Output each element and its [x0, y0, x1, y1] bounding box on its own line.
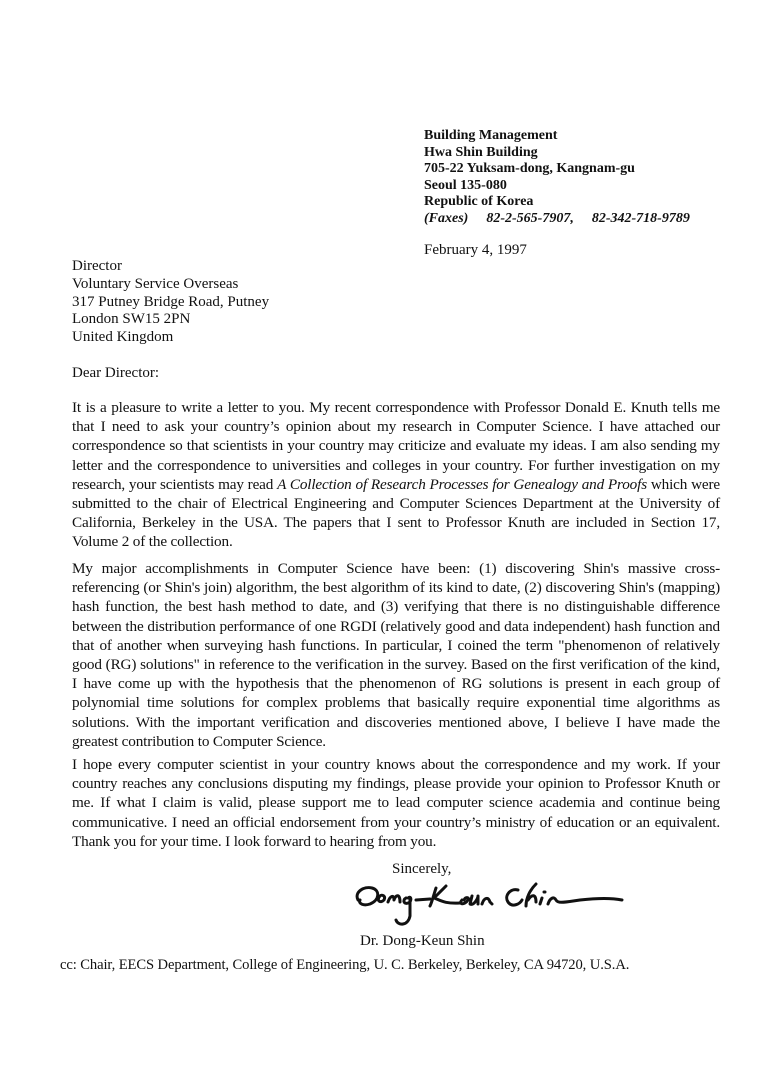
sender-line: 705-22 Yuksam-dong, Kangnam-gu — [424, 161, 690, 178]
letter-date: February 4, 1997 — [424, 241, 527, 259]
body-paragraph-2: My major accomplishments in Computer Sci… — [72, 559, 720, 751]
sender-address-block: Building Management Hwa Shin Building 70… — [424, 128, 690, 228]
recipient-line: United Kingdom — [72, 329, 269, 347]
sender-line: Seoul 135-080 — [424, 178, 690, 195]
letter-page: Building Management Hwa Shin Building 70… — [0, 0, 760, 1089]
recipient-line: London SW15 2PN — [72, 311, 269, 329]
sender-line: Hwa Shin Building — [424, 145, 690, 162]
fax-number: 82-342-718-9789 — [592, 211, 690, 226]
salutation: Dear Director: — [72, 364, 159, 382]
cc-line: cc: Chair, EECS Department, College of E… — [60, 956, 629, 974]
recipient-address-block: Director Voluntary Service Overseas 317 … — [72, 258, 269, 347]
closing: Sincerely, — [392, 860, 451, 878]
recipient-line: Director — [72, 258, 269, 276]
recipient-line: Voluntary Service Overseas — [72, 276, 269, 294]
recipient-line: 317 Putney Bridge Road, Putney — [72, 294, 269, 312]
signer-name: Dr. Dong-Keun Shin — [360, 932, 485, 950]
fax-label: (Faxes) — [424, 211, 468, 226]
book-title: A Collection of Research Processes for G… — [277, 476, 647, 493]
sender-fax-line: (Faxes)82-2-565-7907,82-342-718-9789 — [424, 211, 690, 228]
sender-line: Republic of Korea — [424, 194, 690, 211]
body-paragraph-1: It is a pleasure to write a letter to yo… — [72, 398, 720, 552]
body-paragraph-3: I hope every computer scientist in your … — [72, 755, 720, 851]
signature-icon — [350, 878, 630, 930]
fax-number: 82-2-565-7907, — [486, 211, 574, 226]
sender-line: Building Management — [424, 128, 690, 145]
